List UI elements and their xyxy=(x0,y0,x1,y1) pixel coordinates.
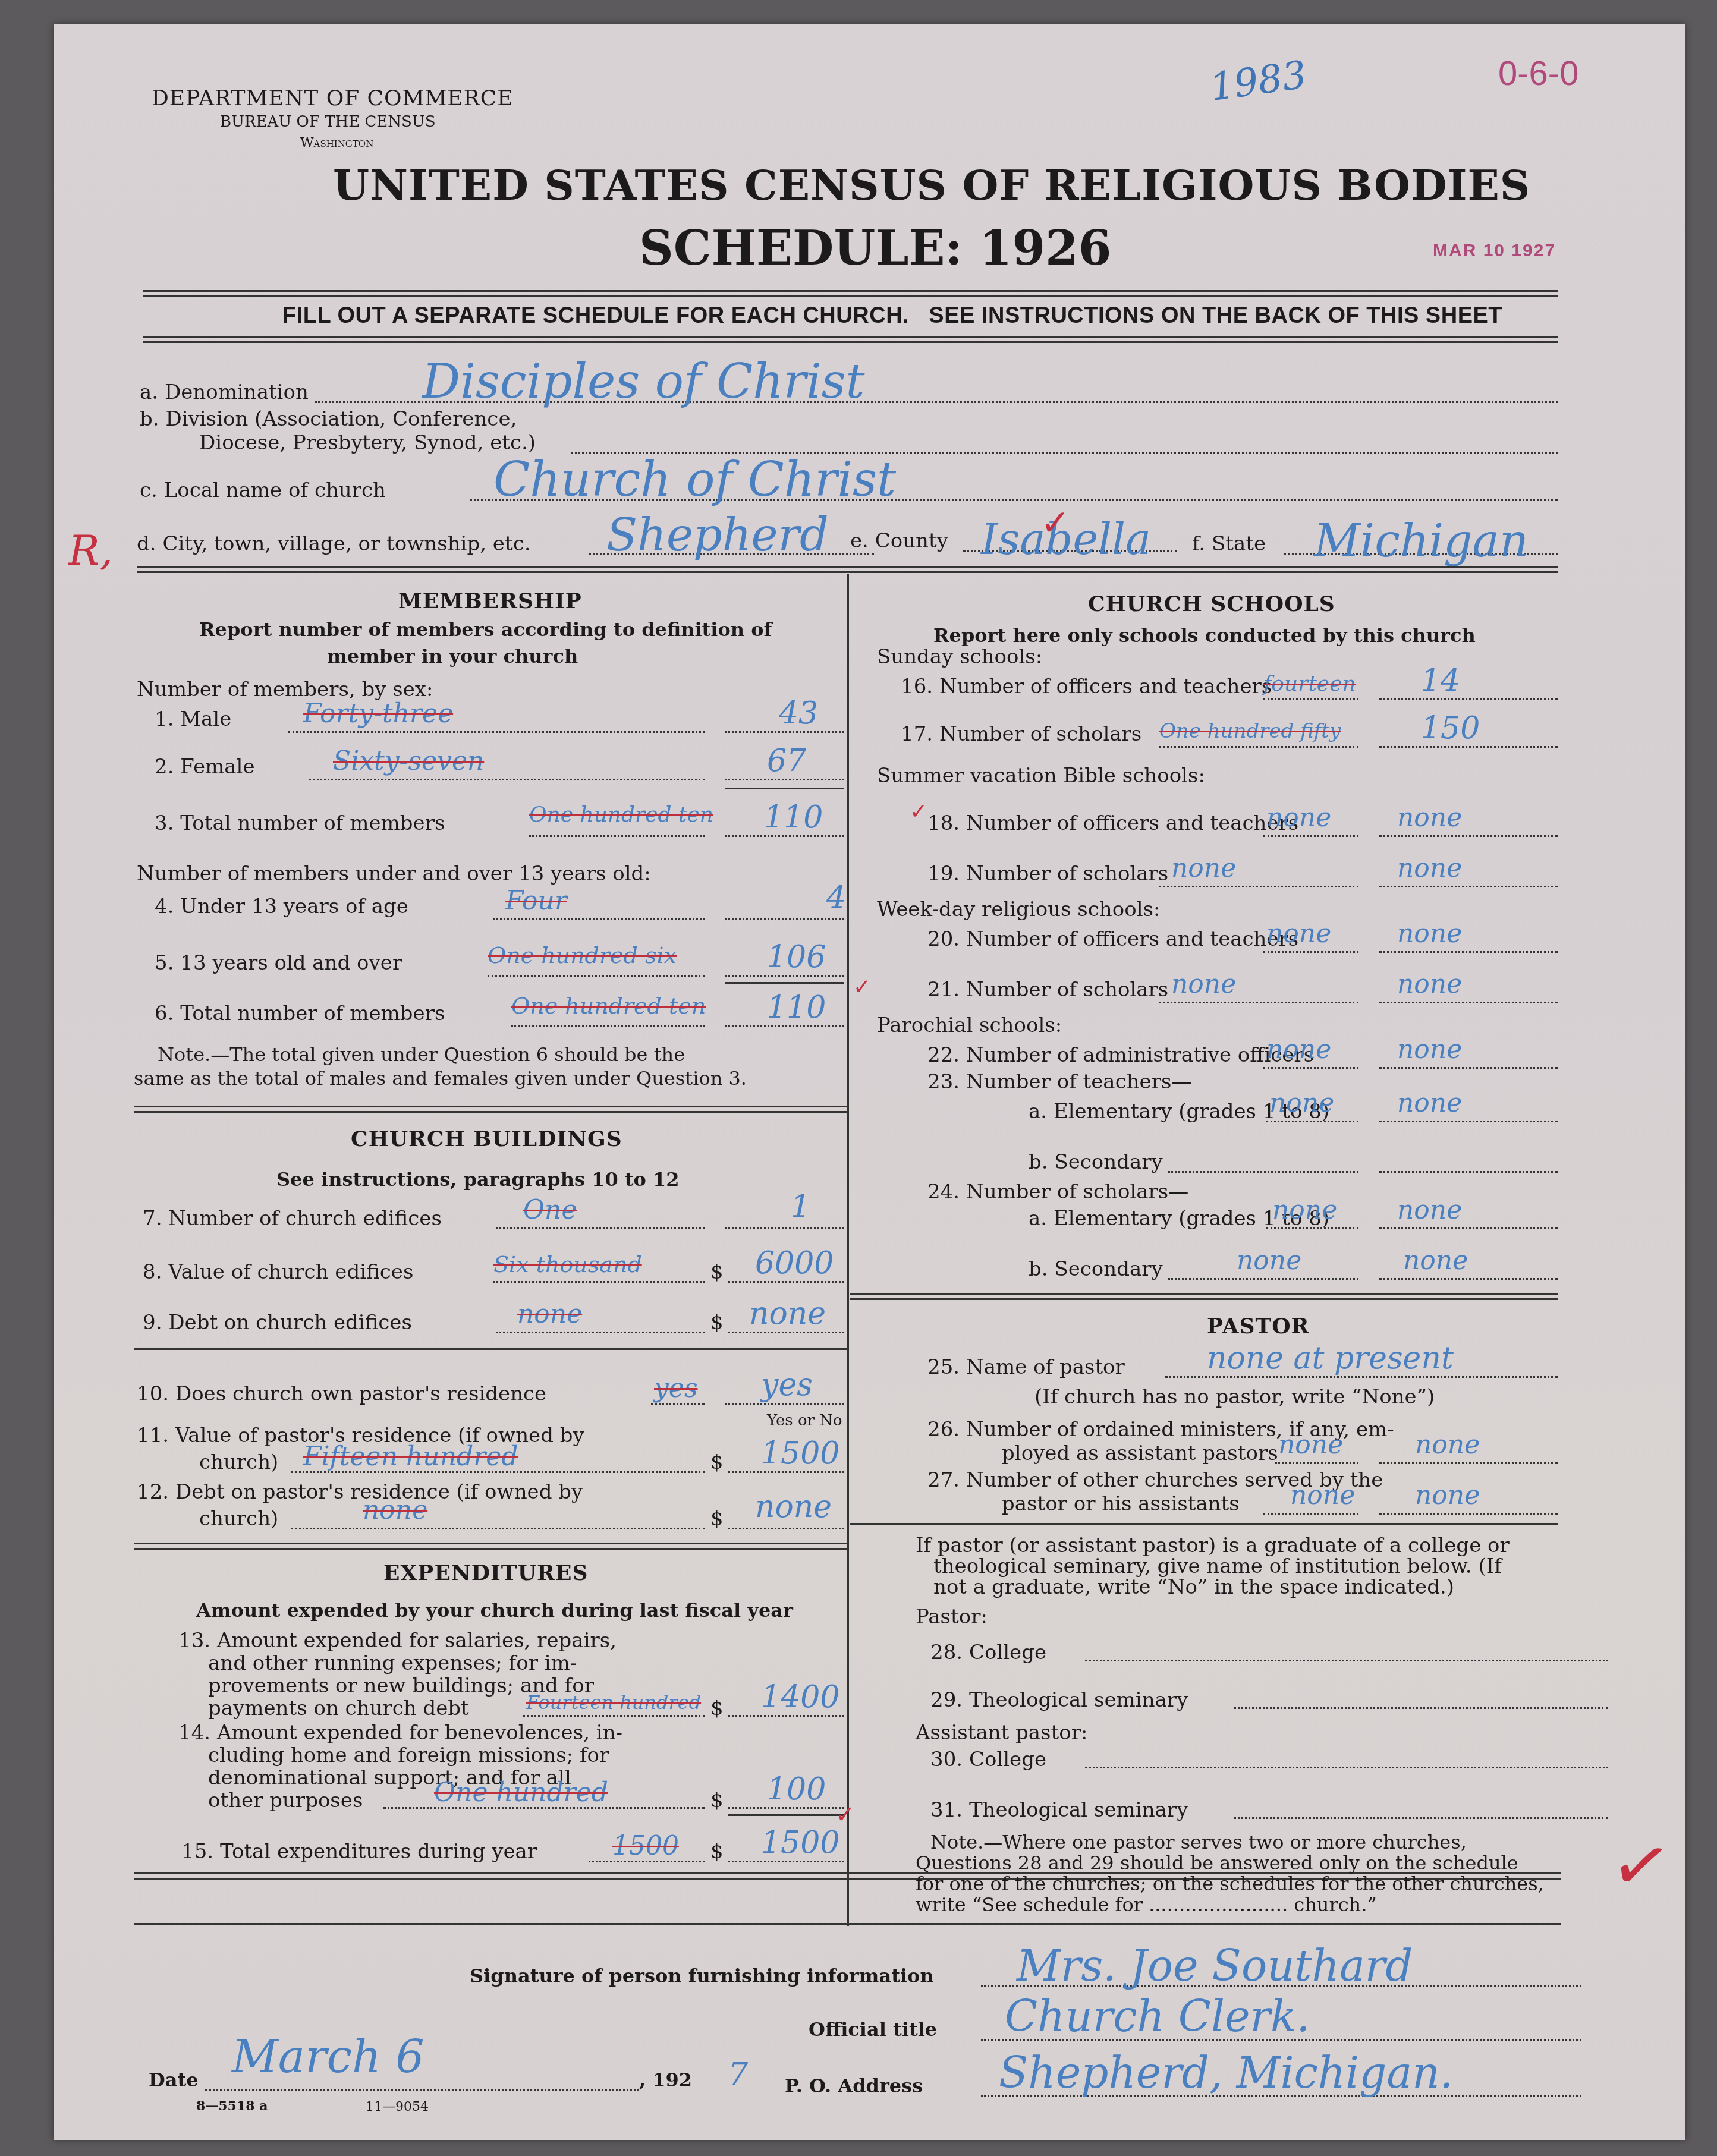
print-code: 11—9054 xyxy=(366,2100,429,2114)
pastor-note-3: for one of the churches; on the schedule… xyxy=(916,1872,1544,1895)
summer-schools-label: Summer vacation Bible schools: xyxy=(877,764,1205,788)
q13-words-line xyxy=(523,1715,705,1717)
q22-words[interactable]: none xyxy=(1266,1034,1331,1065)
total-members-2-value[interactable]: 110 xyxy=(767,990,826,1025)
over-13-sum-rule xyxy=(725,982,844,984)
total-members-2-label: 6. Total number of members xyxy=(155,1002,445,1025)
q20-words-line xyxy=(1263,951,1358,953)
address-label: P. O. Address xyxy=(785,2075,923,2097)
membership-subheading-2: member in your church xyxy=(327,645,578,668)
edifices-count-words[interactable]: One xyxy=(523,1195,577,1225)
q17-words[interactable]: One hundred fifty xyxy=(1159,719,1341,743)
q24b-words-line xyxy=(1168,1278,1358,1280)
state-field[interactable]: Michigan xyxy=(1314,514,1529,567)
q18-words-line xyxy=(1263,835,1358,837)
q26-words-line xyxy=(1275,1462,1358,1464)
review-check-icon: ✓ xyxy=(1040,502,1070,544)
under-13-value-line xyxy=(725,918,844,920)
county-label: e. County xyxy=(850,529,948,553)
edifices-count-value[interactable]: 1 xyxy=(791,1189,810,1225)
signature-label: Signature of person furnishing informati… xyxy=(470,1965,934,1987)
pastor-heading: PASTOR xyxy=(1207,1314,1309,1339)
q10-value-line xyxy=(725,1403,844,1405)
edifices-count-words-line xyxy=(496,1227,705,1229)
pastor-sublabel: Pastor: xyxy=(916,1605,988,1629)
dollar-sign: $ xyxy=(710,1260,724,1284)
grad-note-3: not a graduate, write “No” in the space … xyxy=(933,1575,1454,1599)
expenditures-subheading: Amount expended by your church during la… xyxy=(196,1599,793,1622)
female-sum-rule xyxy=(725,788,844,789)
q20-words[interactable]: none xyxy=(1266,918,1331,949)
under-13-value[interactable]: 4 xyxy=(826,880,846,915)
q10-label: 10. Does church own pastor's residence xyxy=(137,1382,546,1406)
state-label: f. State xyxy=(1192,532,1266,556)
review-check-icon: ✓ xyxy=(853,975,871,999)
membership-heading: MEMBERSHIP xyxy=(398,588,582,613)
q17-value-line xyxy=(1379,746,1558,748)
census-schedule-page: 1983 0-6-0 MAR 10 1927 DEPARTMENT OF COM… xyxy=(54,24,1685,2140)
q17-value[interactable]: 150 xyxy=(1421,710,1480,746)
q23b-words-line xyxy=(1168,1171,1358,1173)
assistant-seminary-field[interactable] xyxy=(1234,1817,1608,1819)
q24b-value-line xyxy=(1379,1278,1558,1280)
q16-label: 16. Number of officers and teachers xyxy=(901,675,1272,698)
q26-value-line xyxy=(1379,1462,1558,1464)
total-members-value-line xyxy=(725,835,844,837)
review-check-icon: ✓ xyxy=(835,1801,856,1828)
q14-line-2: cluding home and foreign missions; for xyxy=(208,1743,609,1767)
female-value[interactable]: 67 xyxy=(767,743,806,779)
q14-sum-rule xyxy=(728,1814,844,1816)
q23a-value-line xyxy=(1379,1121,1558,1122)
sunday-schools-label: Sunday schools: xyxy=(877,645,1042,669)
total-members-value[interactable]: 110 xyxy=(764,800,823,835)
q21-words-line xyxy=(1159,1002,1358,1003)
male-words[interactable]: Forty-three xyxy=(303,698,453,729)
q12-value-line xyxy=(728,1528,844,1529)
edifices-value-label: 8. Value of church edifices xyxy=(143,1260,413,1284)
bureau-name: BUREAU OF THE CENSUS xyxy=(220,113,436,131)
q15-label: 15. Total expenditures during year xyxy=(181,1840,537,1864)
q25-line xyxy=(1165,1376,1558,1378)
edifices-debt-label: 9. Debt on church edifices xyxy=(143,1311,412,1334)
city-field[interactable]: Shepherd xyxy=(606,508,829,561)
review-check-icon: ✓ xyxy=(1605,1820,1678,1912)
membership-note-1: Note.—The total given under Question 6 s… xyxy=(158,1043,685,1066)
q22-value[interactable]: none xyxy=(1397,1034,1462,1065)
q10-value[interactable]: yes xyxy=(761,1367,813,1403)
q16-words[interactable]: fourteen xyxy=(1263,672,1356,696)
edifices-value-words-line xyxy=(493,1281,705,1283)
q14-line-1: 14. Amount expended for benevolences, in… xyxy=(178,1721,622,1745)
q14-value[interactable]: 100 xyxy=(767,1771,826,1807)
membership-note-2: same as the total of males and females g… xyxy=(134,1067,747,1090)
q24a-words-line xyxy=(1266,1227,1358,1229)
female-words[interactable]: Sixty-seven xyxy=(333,746,484,776)
q31-label: 31. Theological seminary xyxy=(930,1798,1188,1822)
q13-line-4: payments on church debt xyxy=(208,1697,469,1720)
pastor-name-field[interactable]: none at present xyxy=(1207,1340,1454,1376)
form-title: UNITED STATES CENSUS OF RELIGIOUS BODIES xyxy=(333,160,1530,210)
membership-subheading-1: Report number of members according to de… xyxy=(199,618,772,641)
q23a-words-line xyxy=(1266,1121,1358,1122)
q22-value-line xyxy=(1379,1067,1558,1069)
division-label-1: b. Division (Association, Conference, xyxy=(140,407,517,431)
over-13-words-line xyxy=(488,975,705,977)
q24a-words[interactable]: none xyxy=(1272,1195,1337,1225)
total-members-2-words[interactable]: One hundred ten xyxy=(511,993,706,1019)
year-prefix: , 192 xyxy=(639,2069,692,2091)
female-value-line xyxy=(725,779,844,780)
weekday-schools-label: Week-day religious schools: xyxy=(877,898,1160,921)
date-label: Date xyxy=(149,2069,199,2091)
grad-note-1: If pastor (or assistant pastor) is a gra… xyxy=(916,1534,1510,1557)
q24b-words[interactable]: none xyxy=(1237,1245,1301,1276)
q16-value[interactable]: 14 xyxy=(1421,663,1460,698)
q20-value-line xyxy=(1379,951,1558,953)
q26-words[interactable]: none xyxy=(1278,1430,1343,1460)
q24a-value[interactable]: none xyxy=(1397,1195,1462,1225)
q20-label: 20. Number of officers and teachers xyxy=(927,927,1298,951)
schools-rule xyxy=(850,1293,1558,1300)
female-label: 2. Female xyxy=(155,755,255,779)
total-members-words-line xyxy=(529,835,705,837)
q12-label-2: church) xyxy=(199,1507,278,1531)
edifices-count-label: 7. Number of church edifices xyxy=(143,1207,442,1230)
q27-words[interactable]: none xyxy=(1290,1480,1355,1510)
dollar-sign: $ xyxy=(710,1840,724,1864)
q11-label-2: church) xyxy=(199,1450,278,1474)
by-age-label: Number of members under and over 13 year… xyxy=(137,862,651,886)
q13-line-2: and other running expenses; for im- xyxy=(208,1651,577,1675)
stamp-number: 1983 xyxy=(1207,53,1310,110)
q21-value-line xyxy=(1379,1002,1558,1003)
q26-value[interactable]: none xyxy=(1415,1430,1480,1460)
dollar-sign: $ xyxy=(710,1450,724,1474)
buildings-subheading: See instructions, paragraphs 10 to 12 xyxy=(276,1168,680,1191)
denomination-field[interactable]: Disciples of Christ xyxy=(422,354,865,409)
official-title-field[interactable]: Church Clerk. xyxy=(1005,1991,1310,2041)
assistant-sublabel: Assistant pastor: xyxy=(916,1721,1087,1745)
q15-value[interactable]: 1500 xyxy=(761,1825,839,1861)
q24-label: 24. Number of scholars— xyxy=(927,1180,1188,1204)
q14-line-4: other purposes xyxy=(208,1789,363,1812)
total-members-2-words-line xyxy=(511,1025,705,1027)
q15-value-line xyxy=(728,1861,844,1862)
q11-value-line xyxy=(728,1471,844,1473)
banner-rule xyxy=(143,336,1558,343)
edifices-value-line xyxy=(728,1281,844,1283)
form-number: 8—5518 a xyxy=(196,2098,268,2114)
female-words-line xyxy=(309,779,705,780)
dollar-sign: $ xyxy=(710,1507,724,1531)
q23b-label: b. Secondary xyxy=(1029,1150,1163,1174)
dollar-sign: $ xyxy=(710,1789,724,1812)
over-13-words[interactable]: One hundred six xyxy=(488,942,677,968)
division-label-2: Diocese, Presbytery, Synod, etc.) xyxy=(199,431,536,455)
q21-label: 21. Number of scholars xyxy=(927,978,1168,1002)
q13-value-line xyxy=(728,1715,844,1717)
expenditures-heading: EXPENDITURES xyxy=(383,1560,588,1585)
q18-words[interactable]: none xyxy=(1266,802,1331,833)
pastor-rule xyxy=(850,1523,1558,1525)
instructions-banner: FILL OUT A SEPARATE SCHEDULE FOR EACH CH… xyxy=(282,303,1502,329)
q23a-value[interactable]: none xyxy=(1397,1088,1462,1118)
assistant-college-field[interactable] xyxy=(1085,1767,1608,1768)
pastor-seminary-field[interactable] xyxy=(1234,1707,1608,1709)
parochial-schools-label: Parochial schools: xyxy=(877,1014,1062,1037)
column-divider xyxy=(847,574,849,1926)
bureau-city: Washington xyxy=(300,136,373,150)
q23a-words[interactable]: none xyxy=(1269,1088,1334,1118)
membership-rule xyxy=(134,1106,847,1113)
q12-words[interactable]: none xyxy=(363,1495,427,1525)
total-members-label: 3. Total number of members xyxy=(155,811,445,835)
q18-value[interactable]: none xyxy=(1397,802,1462,833)
q22-label: 22. Number of administrative officers xyxy=(927,1043,1314,1067)
q12-label-1: 12. Debt on pastor's residence (if owned… xyxy=(137,1480,583,1504)
q23-label: 23. Number of teachers— xyxy=(927,1070,1191,1094)
buildings-heading: CHURCH BUILDINGS xyxy=(351,1126,622,1151)
q26-label-2: ployed as assistant pastors xyxy=(1002,1441,1278,1465)
q17-label: 17. Number of scholars xyxy=(901,722,1141,746)
local-name-label: c. Local name of church xyxy=(140,479,386,502)
edifices-debt-value[interactable]: none xyxy=(749,1296,826,1332)
pastor-college-field[interactable] xyxy=(1085,1660,1608,1661)
q13-words[interactable]: Fourteen hundred xyxy=(526,1691,701,1714)
over-13-value[interactable]: 106 xyxy=(767,939,826,975)
male-value-line xyxy=(725,731,844,733)
date-field[interactable]: March 6 xyxy=(232,2030,424,2083)
dollar-sign: $ xyxy=(710,1697,724,1720)
q18-label: 18. Number of officers and teachers xyxy=(927,811,1298,835)
q19-words[interactable]: none xyxy=(1171,853,1236,883)
q24b-label: b. Secondary xyxy=(1029,1257,1163,1281)
q27-words-line xyxy=(1263,1513,1358,1515)
q27-value-line xyxy=(1379,1513,1558,1515)
edifices-debt-line xyxy=(728,1332,844,1333)
q24a-value-line xyxy=(1379,1227,1558,1229)
q14-words[interactable]: One hundred xyxy=(434,1777,608,1808)
q30-label: 30. College xyxy=(930,1748,1046,1771)
total-members-2-value-line xyxy=(725,1025,844,1027)
q21-words[interactable]: none xyxy=(1171,969,1236,999)
male-words-line xyxy=(288,731,705,733)
pastor-note-1: Note.—Where one pastor serves two or mor… xyxy=(930,1831,1467,1853)
male-value[interactable]: 43 xyxy=(779,695,818,731)
q16-value-line xyxy=(1379,698,1558,700)
q19-words-line xyxy=(1159,886,1358,887)
under-13-words-line xyxy=(493,918,705,920)
address-field[interactable]: Shepherd, Michigan. xyxy=(999,2048,1453,2098)
year-digit-field[interactable]: 7 xyxy=(728,2057,748,2092)
q13-value[interactable]: 1400 xyxy=(761,1679,839,1715)
q27-value[interactable]: none xyxy=(1415,1480,1480,1510)
q11-value[interactable]: 1500 xyxy=(761,1436,839,1471)
grad-note-2: theological seminary, give name of insti… xyxy=(933,1554,1502,1578)
over-13-value-line xyxy=(725,975,844,977)
schedule-year: SCHEDULE: 1926 xyxy=(639,220,1111,276)
q19-label: 19. Number of scholars xyxy=(927,862,1168,886)
official-title-label: Official title xyxy=(809,2018,937,2041)
over-13-label: 5. 13 years old and over xyxy=(155,951,402,975)
q20-value[interactable]: none xyxy=(1397,918,1462,949)
footer-rule xyxy=(134,1923,1561,1925)
date-line xyxy=(205,2089,639,2091)
buildings-rule xyxy=(134,1348,847,1350)
edifices-debt-words[interactable]: none xyxy=(517,1299,582,1329)
male-label: 1. Male xyxy=(155,707,231,731)
department-name: DEPARTMENT OF COMMERCE xyxy=(152,86,514,111)
q19-value[interactable]: none xyxy=(1397,853,1462,883)
pastor-note-2: Questions 28 and 29 should be answered o… xyxy=(916,1852,1518,1874)
city-label: d. City, town, village, or township, etc… xyxy=(137,532,531,556)
denomination-label: a. Denomination xyxy=(140,380,309,404)
q23b-value-line xyxy=(1379,1171,1558,1173)
q21-value[interactable]: none xyxy=(1397,969,1462,999)
residence-rule xyxy=(134,1543,847,1550)
received-date-stamp: MAR 10 1927 xyxy=(1433,241,1556,261)
q24b-value[interactable]: none xyxy=(1403,1245,1468,1276)
q17-words-line xyxy=(1159,746,1358,748)
q19-value-line xyxy=(1379,886,1558,887)
local-name-field[interactable]: Church of Christ xyxy=(493,452,896,507)
total-members-words[interactable]: One hundred ten xyxy=(529,802,713,827)
edifices-value-words[interactable]: Six thousand xyxy=(493,1251,642,1277)
q15-words[interactable]: 1500 xyxy=(612,1831,679,1861)
q16-words-line xyxy=(1263,698,1358,700)
margin-reviewer-mark: R, xyxy=(68,526,113,575)
under-13-label: 4. Under 13 years of age xyxy=(155,895,408,918)
schools-subheading: Report here only schools conducted by th… xyxy=(933,624,1476,647)
q13-line-1: 13. Amount expended for salaries, repair… xyxy=(178,1629,617,1653)
review-check-icon: ✓ xyxy=(910,800,927,824)
stamp-code: 0-6-0 xyxy=(1498,53,1578,93)
edifices-count-value-line xyxy=(725,1227,844,1229)
q12-words-line xyxy=(291,1528,705,1529)
pastor-note-4: write “See schedule for ................… xyxy=(916,1893,1377,1916)
edifices-debt-words-line xyxy=(496,1332,705,1333)
q25-hint: (If church has no pastor, write “None”) xyxy=(1034,1385,1435,1409)
q14-value-line xyxy=(728,1807,844,1809)
q29-label: 29. Theological seminary xyxy=(930,1688,1188,1712)
header-rule xyxy=(143,290,1558,297)
q22-words-line xyxy=(1263,1067,1358,1069)
signature-field[interactable]: Mrs. Joe Southard xyxy=(1017,1941,1413,1991)
q12-value[interactable]: none xyxy=(755,1489,832,1525)
q28-label: 28. College xyxy=(930,1641,1046,1664)
q18-value-line xyxy=(1379,835,1558,837)
q10-words[interactable]: yes xyxy=(654,1373,697,1403)
q27-label-2: pastor or his assistants xyxy=(1002,1492,1240,1516)
q10-hint: Yes or No xyxy=(767,1412,842,1430)
q11-words[interactable]: Fifteen hundred xyxy=(303,1441,518,1472)
under-13-words[interactable]: Four xyxy=(505,886,567,916)
edifices-value-value[interactable]: 6000 xyxy=(755,1245,834,1281)
q25-label: 25. Name of pastor xyxy=(927,1355,1125,1379)
by-sex-label: Number of members, by sex: xyxy=(137,678,433,701)
identity-rule xyxy=(137,566,1558,573)
schools-heading: CHURCH SCHOOLS xyxy=(1088,591,1335,616)
dollar-sign: $ xyxy=(710,1311,724,1334)
